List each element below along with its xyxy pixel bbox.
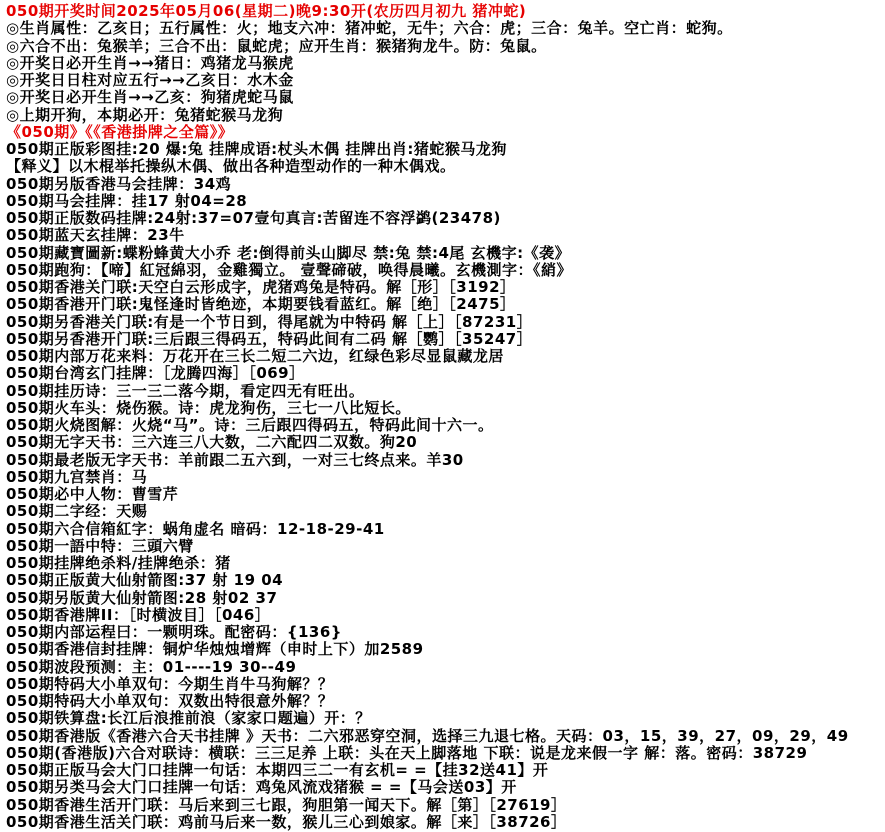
text-line: ◎生肖属性：乙亥日；五行属性：火；地支六冲：猪冲蛇，无牛；六合：虎；三合：兔羊。…	[6, 20, 883, 37]
text-line: ◎上期开狗，本期必开：兔猪蛇猴马龙狗	[6, 107, 883, 124]
text-line: 050期香港关门联:天空白云形成字，虎猪鸡兔是特码。解［形］［3192］	[6, 279, 883, 296]
text-line: 050期另类马会大门口挂牌一句话：鸡兔风流戏猪猴 = =【马会送03】开	[6, 779, 883, 796]
text-line: 050期挂历诗：三一三二落今期，看定四无有旺出。	[6, 383, 883, 400]
text-line: 050期最老版无字天书：羊前跟二五六到，一对三七终点来。羊30	[6, 452, 883, 469]
text-line: 050期正版马会大门口挂牌一句话：本期四三二一有玄机= =【挂32送41】开	[6, 762, 883, 779]
text-line: 050期特码大小单双句：今期生肖牛马狗解？？	[6, 676, 883, 693]
text-line: 【释义】以木棍举托操纵木偶、做出各种造型动作的一种木偶戏。	[6, 158, 883, 175]
text-line: 050期藏寶圖新:蝶粉蜂黄大小乔 老:倒得前头山脚尽 禁:兔 禁:4尾 玄機字:…	[6, 245, 883, 262]
text-line: 050期(香港版)六合对联诗：横联：三三足养 上联：头在天上脚落地 下联：说是龙…	[6, 745, 883, 762]
text-line: 050期九宫禁肖：马	[6, 469, 883, 486]
text-line: 050期正版黄大仙射箭图:37 射 19 04	[6, 572, 883, 589]
text-line: 050期另版黄大仙射箭图:28 射02 37	[6, 590, 883, 607]
text-line: ◎开奖日日柱对应五行→→乙亥日：水木金	[6, 72, 883, 89]
text-line: 050期必中人物：曹雪芹	[6, 486, 883, 503]
text-line: 050期跑狗：【啼】紅冠綿羽，金雞獨立。 壹聲碲破，唤得晨曦。玄機測字：《綃》	[6, 262, 883, 279]
text-line: 050期香港信封挂牌：铜炉华烛烛增辉（申时上下）加2589	[6, 641, 883, 658]
text-line: 050期二字经：天赐	[6, 503, 883, 520]
text-line: 050期挂牌绝杀料/挂牌绝杀：猪	[6, 555, 883, 572]
text-line: 050期香港牌II：［时横波目］［046］	[6, 607, 883, 624]
text-line: ◎开奖日必开生肖→→猪日：鸡猪龙马猴虎	[6, 55, 883, 72]
text-lines-container: 050期开奖时间2025年05月06(星期二)晚9:30开(农历四月初九 猪冲蛇…	[6, 3, 883, 831]
lottery-tips-document: 050期开奖时间2025年05月06(星期二)晚9:30开(农历四月初九 猪冲蛇…	[0, 0, 885, 832]
highlighted-text-line: 《050期》《《香港掛牌之全篇》》	[6, 124, 883, 141]
text-line: 050期内部万花来料：万花开在三长二短二六边，红绿色彩尽显鼠藏龙居	[6, 348, 883, 365]
text-line: 050期香港生活开门联：马后来到三七跟，狗胆第一闻天下。解［第］［27619］	[6, 797, 883, 814]
text-line: 050期正版数码挂牌:24射:37=07壹句真言:苦留连不容浮鹢(23478)	[6, 210, 883, 227]
text-line: 050期另香港开门联:三后跟三得码五，特码此间有二码 解［鹦］［35247］	[6, 331, 883, 348]
text-line: 050期香港生活关门联：鸡前马后来一数，猴儿三心到娘家。解［来］［38726］	[6, 814, 883, 831]
text-line: ◎六合不出：兔猴羊；三合不出：鼠蛇虎；应开生肖：猴猪狗龙牛。防：兔鼠。	[6, 38, 883, 55]
text-line: 050期蓝天玄挂牌：23牛	[6, 227, 883, 244]
text-line: 050期另版香港马会挂牌：34鸡	[6, 176, 883, 193]
text-line: 050期无字天书：三六连三八大数，二六配四二双数。狗20	[6, 434, 883, 451]
text-line: 050期铁算盘:长江后浪推前浪（家家口题遍）开：？	[6, 710, 883, 727]
text-line: 050期香港开门联:鬼怪逢时皆绝迹，本期要钱看蓝红。解［绝］［2475］	[6, 296, 883, 313]
text-line: 050期波段预测：主：01----19 30--49	[6, 659, 883, 676]
text-line: 050期六合信箱紅字：蜗角虚名 暗码：12-18-29-41	[6, 521, 883, 538]
text-line: 050期特码大小单双句：双数出特很意外解？？	[6, 693, 883, 710]
text-line: 050期香港版《香港六合天书挂牌 》天书：二六邪恶穿空洞，选择三九退七格。天码：…	[6, 728, 883, 745]
text-line: 050期台湾玄门挂牌：［龙腾四海］［069］	[6, 365, 883, 382]
text-line: 050期正版彩图挂:20 爆:兔 挂牌成语:杖头木偶 挂牌出肖:猪蛇猴马龙狗	[6, 141, 883, 158]
highlighted-text-line: 050期开奖时间2025年05月06(星期二)晚9:30开(农历四月初九 猪冲蛇…	[6, 3, 883, 20]
text-line: ◎开奖日必开生肖→→乙亥：狗猪虎蛇马鼠	[6, 89, 883, 106]
text-line: 050期一語中特：三頭六臂	[6, 538, 883, 555]
text-line: 050期马会挂牌：挂17 射04=28	[6, 193, 883, 210]
text-line: 050期内部运程曰：一颗明珠。配密码：{136}	[6, 624, 883, 641]
text-line: 050期另香港关门联:有是一个节日到，得尾就为中特码 解［上］［87231］	[6, 314, 883, 331]
text-line: 050期火车头：烧伤猴。诗：虎龙狗伤，三七一八比短长。	[6, 400, 883, 417]
text-line: 050期火烧图解：火烧“马”。诗：三后跟四得码五，特码此间十六一。	[6, 417, 883, 434]
